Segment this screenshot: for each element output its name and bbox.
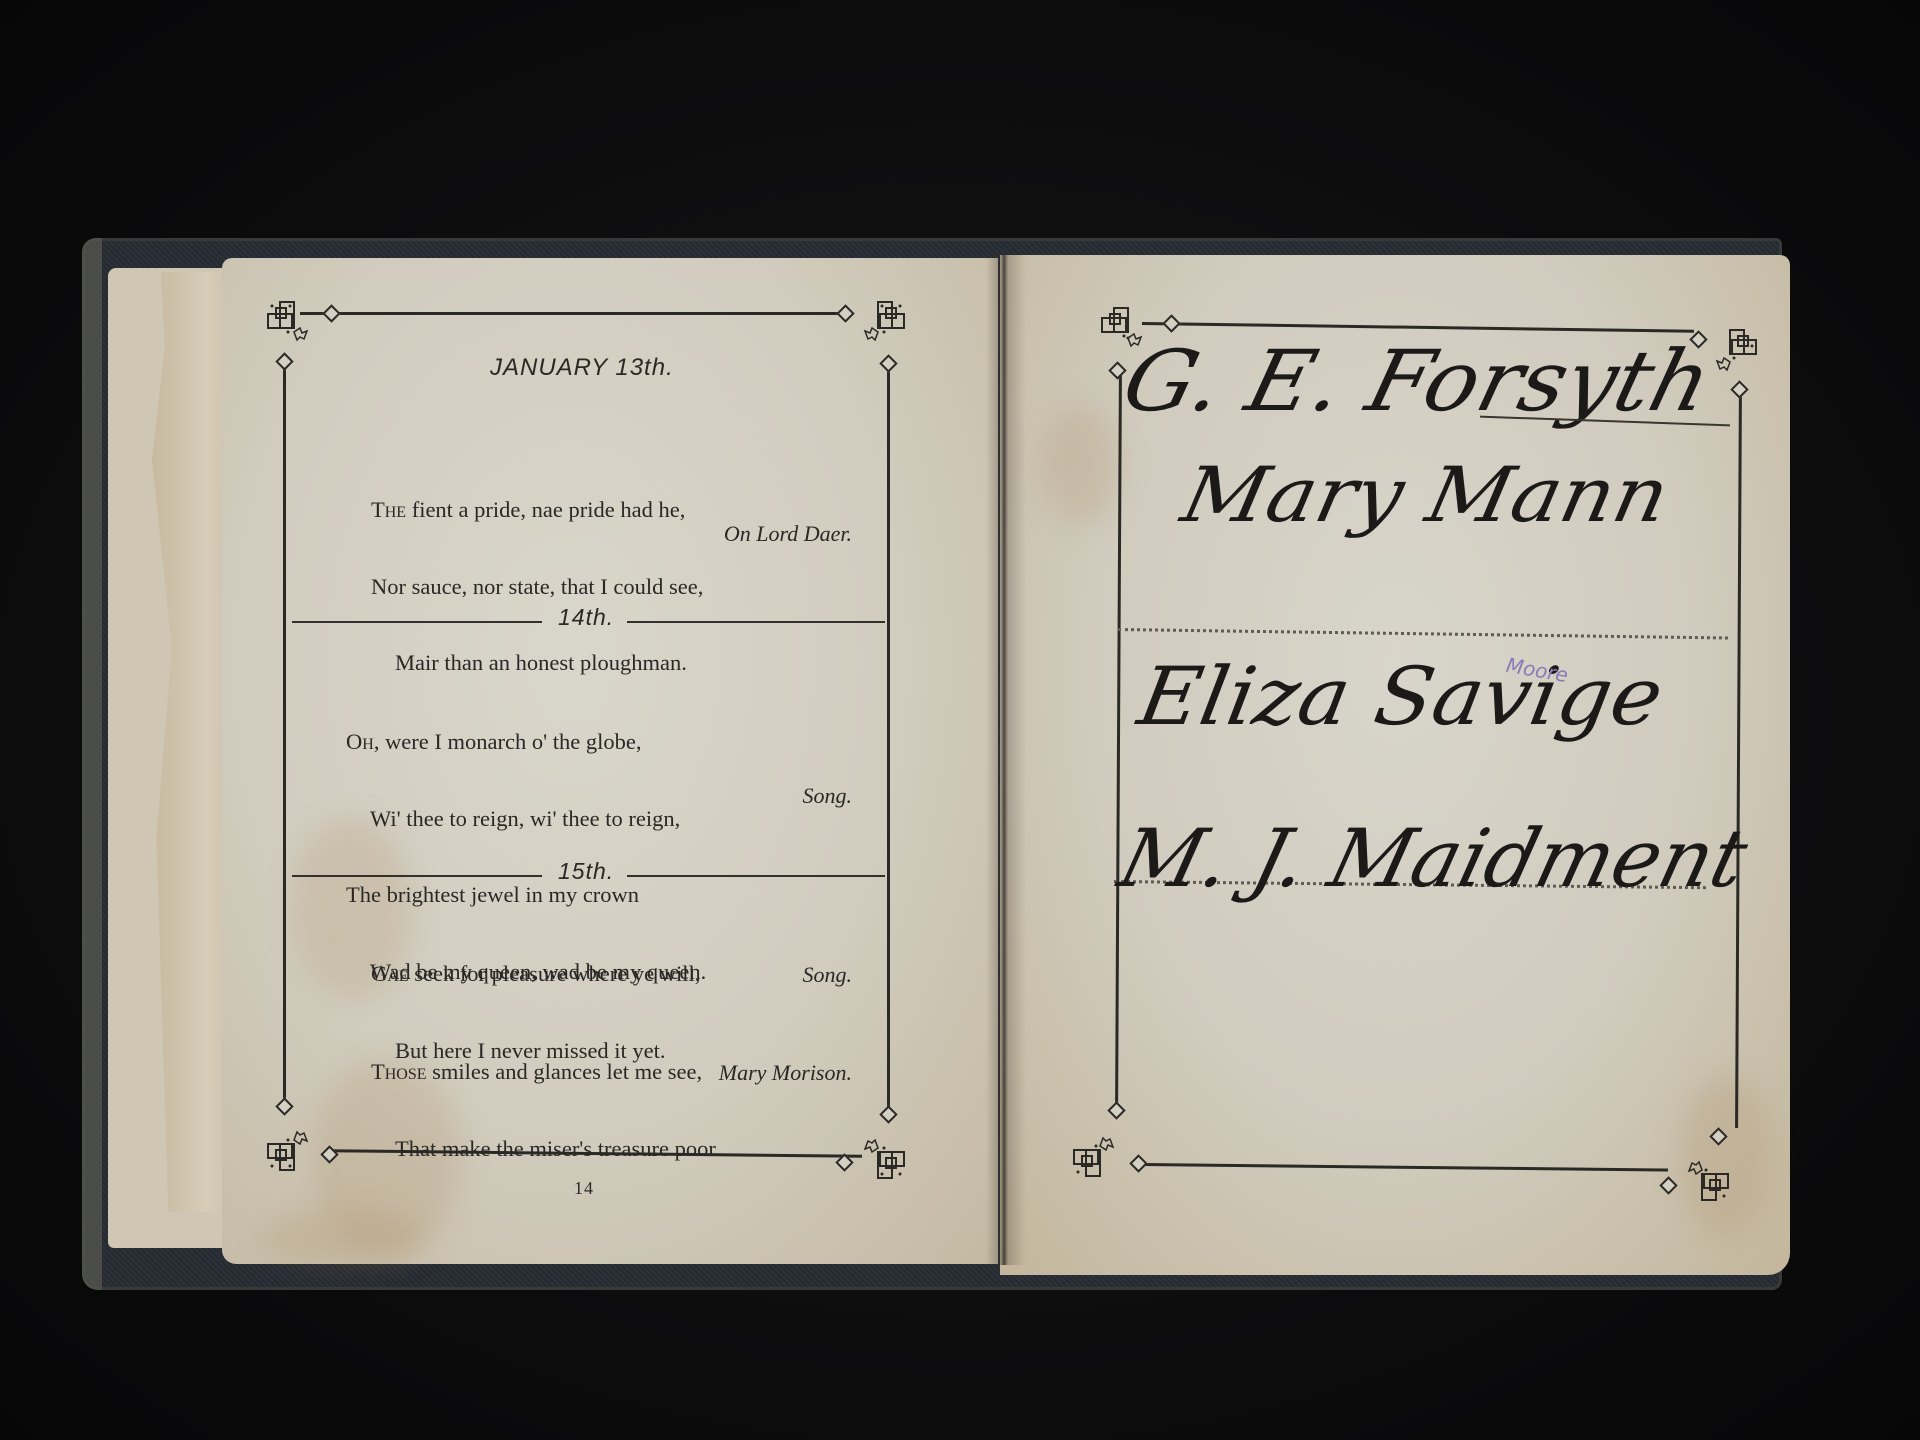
corner-ornament-icon — [1072, 1136, 1118, 1182]
date-label-15th: 15th. — [558, 858, 614, 885]
page-heading: JANUARY 13th. — [490, 354, 674, 382]
left-frame-left — [283, 362, 286, 1104]
page-number: 14 — [574, 1178, 594, 1199]
verse-line: Gae seek for pleasure where ye will, — [371, 961, 700, 987]
left-frame-top — [300, 312, 848, 315]
section-divider — [292, 875, 542, 877]
signature-maidment: M. J. Maidment — [1110, 812, 1756, 905]
verse-line: The brightest jewel in my crown — [346, 882, 706, 908]
verse-mary-morison: Those smiles and glances let me see, Tha… — [371, 1008, 720, 1212]
section-divider — [292, 621, 542, 623]
attribution: Mary Morison. — [640, 1060, 852, 1086]
verse-line: Oh, were I monarch o' the globe, — [346, 729, 706, 755]
attribution: Song. — [700, 783, 852, 809]
attribution: Song. — [700, 962, 852, 988]
corner-ornament-icon — [266, 1130, 312, 1176]
corner-ornament-icon — [1684, 1160, 1730, 1206]
book-gutter — [986, 255, 1026, 1265]
section-divider — [627, 621, 885, 623]
verse-line: Wi' thee to reign, wi' thee to reign, — [346, 806, 706, 832]
open-birthday-book: JANUARY 13th. The fient a pride, nae pri… — [0, 0, 1920, 1440]
attribution: On Lord Daer. — [640, 521, 852, 547]
verse-line: Mair than an honest ploughman. — [371, 650, 703, 676]
section-divider — [627, 875, 885, 877]
cover-worn-edge — [82, 238, 102, 1290]
signature-forsyth: G. E. Forsyth — [1114, 332, 1721, 430]
date-label-14th: 14th. — [558, 604, 614, 631]
verse-line: Nor sauce, nor state, that I could see, — [371, 574, 703, 600]
left-frame-right — [887, 362, 890, 1110]
corner-ornament-icon — [860, 296, 906, 342]
verse-line: The fient a pride, nae pride had he, — [371, 497, 703, 523]
corner-ornament-icon — [860, 1138, 906, 1184]
verse-line: That make the miser's treasure poor. — [371, 1136, 720, 1162]
corner-ornament-icon — [266, 296, 312, 342]
signature-mary-mann: Mary Mann — [1175, 450, 1677, 539]
signature-eliza-savige: Eliza Savige — [1132, 650, 1670, 743]
